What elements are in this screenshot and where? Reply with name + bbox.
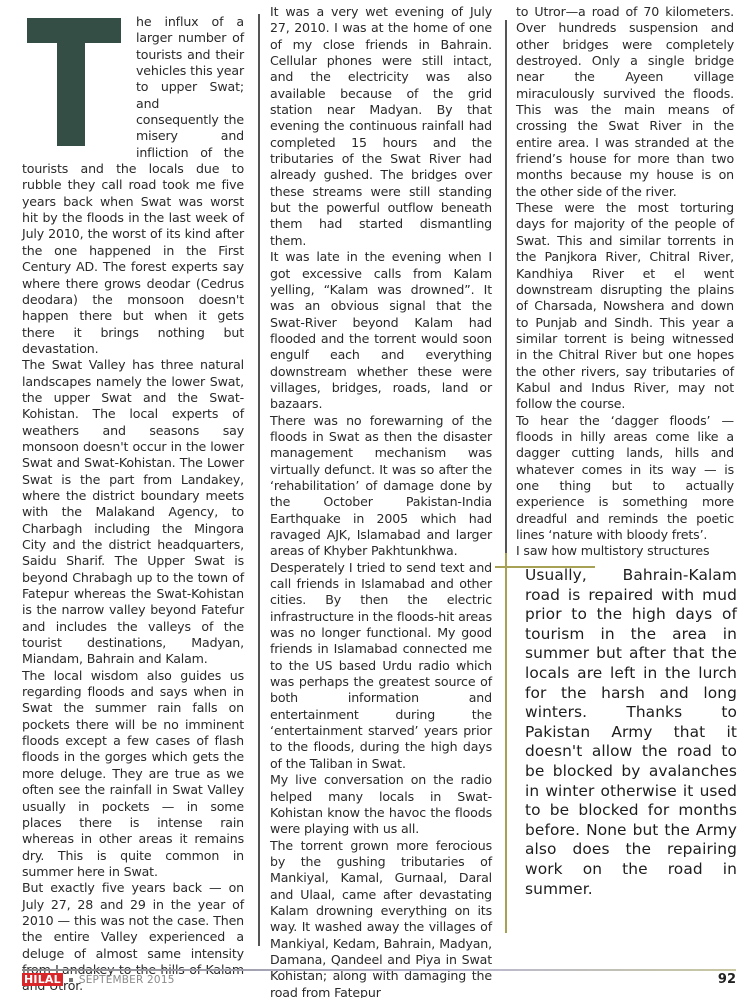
paragraph: It was late in the evening when I got ex…	[270, 249, 492, 412]
paragraph: There was no forewarning of the floods i…	[270, 413, 492, 560]
paragraph: I saw how multistory structures	[516, 543, 734, 559]
page-number: 92	[718, 972, 736, 987]
pull-quote: Usually, Bahrain-Kalam road is repaired …	[525, 566, 737, 899]
paragraph: Desperately I tried to send text and cal…	[270, 560, 492, 772]
article-column-2: It was a very wet evening of July 27, 20…	[270, 4, 492, 998]
column-divider	[505, 20, 507, 556]
paragraph: to Utror—a road of 70 kilometers. Over h…	[516, 4, 734, 200]
article-column-3: to Utror—a road of 70 kilometers. Over h…	[516, 4, 734, 560]
dropcap-letter: T	[24, 14, 124, 161]
paragraph: It was a very wet evening of July 27, 20…	[270, 4, 492, 249]
column-divider	[258, 14, 260, 946]
paragraph: The torrent grown more ferocious by the …	[270, 838, 492, 998]
paragraph: My live conversation on the radio helped…	[270, 772, 492, 837]
magazine-logo: HILAL	[22, 973, 63, 986]
paragraph: To hear the ‘dagger floods’ — floods in …	[516, 413, 734, 544]
issue-date: SEPTEMBER 2015	[79, 974, 175, 986]
dropcap-bar-vertical	[57, 18, 85, 146]
paragraph: The local wisdom also guides us regardin…	[22, 668, 244, 880]
paragraph: These were the most torturing days for m…	[516, 200, 734, 412]
footer-publication: HILAL SEPTEMBER 2015	[22, 973, 175, 986]
article-column-1: T he influx of a larger number of touris…	[22, 14, 244, 995]
pull-quote-rule-vertical	[505, 553, 507, 933]
bullet-icon	[69, 978, 73, 982]
paragraph: The Swat Valley has three natural landsc…	[22, 357, 244, 668]
footer-divider	[22, 969, 736, 971]
